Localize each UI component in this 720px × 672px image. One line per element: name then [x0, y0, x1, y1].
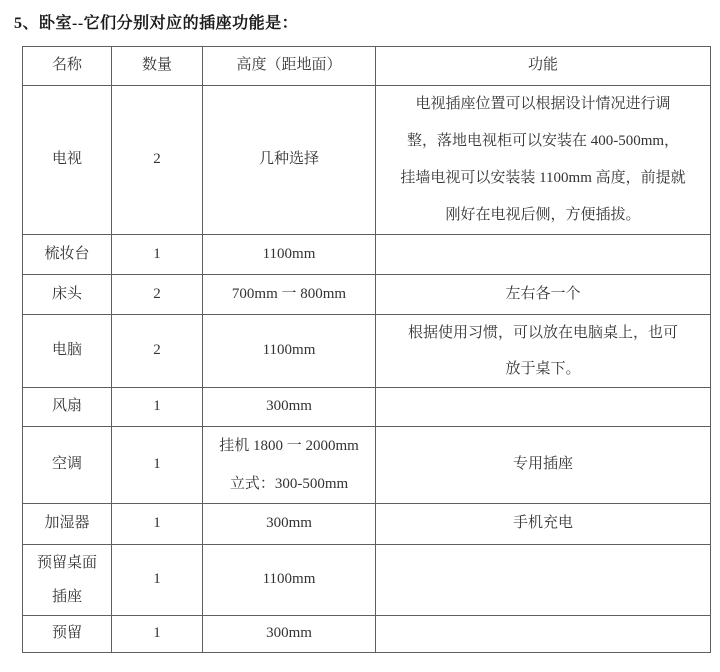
header-cell-qty: 数量: [112, 47, 203, 86]
header-cell-height: 高度（距地面）: [203, 47, 376, 86]
cell-func: 根据使用习惯，可以放在电脑桌上，也可 放于桌下。: [376, 315, 711, 388]
cell-name: 空调: [23, 427, 112, 504]
cell-name: 床头: [23, 275, 112, 315]
cell-height: 300mm: [203, 504, 376, 545]
cell-qty: 2: [112, 86, 203, 235]
table-row-humidifier: 加湿器 1 300mm 手机充电: [23, 504, 711, 545]
cell-qty: 1: [112, 427, 203, 504]
cell-height: 挂机 1800 一 2000mm 立式：300-500mm: [203, 427, 376, 504]
cell-height: 1100mm: [203, 315, 376, 388]
page-title: 5、卧室--它们分别对应的插座功能是：: [14, 10, 298, 33]
table-row-fan: 风扇 1 300mm: [23, 388, 711, 427]
cell-name: 梳妆台: [23, 235, 112, 275]
cell-func: [376, 545, 711, 616]
cell-name: 电视: [23, 86, 112, 235]
cell-qty: 2: [112, 275, 203, 315]
table-row-bedside: 床头 2 700mm 一 800mm 左右各一个: [23, 275, 711, 315]
cell-func: 电视插座位置可以根据设计情况进行调 整，落地电视柜可以安装在 400-500mm…: [376, 86, 711, 235]
table-row-reserved-desktop-socket: 预留桌面 插座 1 1100mm: [23, 545, 711, 616]
cell-qty: 1: [112, 235, 203, 275]
cell-height: 300mm: [203, 616, 376, 653]
cell-height: 700mm 一 800mm: [203, 275, 376, 315]
cell-name: 电脑: [23, 315, 112, 388]
cell-func: 专用插座: [376, 427, 711, 504]
cell-qty: 1: [112, 545, 203, 616]
table-row-reserved: 预留 1 300mm: [23, 616, 711, 653]
cell-func: [376, 616, 711, 653]
cell-qty: 1: [112, 504, 203, 545]
cell-func: [376, 388, 711, 427]
cell-name: 预留桌面 插座: [23, 545, 112, 616]
cell-func: 手机充电: [376, 504, 711, 545]
table-row-dressing-table: 梳妆台 1 1100mm: [23, 235, 711, 275]
cell-height: 几种选择: [203, 86, 376, 235]
socket-function-table: 名称 数量 高度（距地面） 功能 电视 2 几种选择 电视插座位置可以根据设计情…: [22, 46, 711, 653]
table-row-computer: 电脑 2 1100mm 根据使用习惯，可以放在电脑桌上，也可 放于桌下。: [23, 315, 711, 388]
cell-name: 风扇: [23, 388, 112, 427]
document-page: 5、卧室--它们分别对应的插座功能是： 名称 数量 高度（距地面） 功能 电视 …: [0, 0, 720, 672]
cell-qty: 1: [112, 388, 203, 427]
cell-height: 1100mm: [203, 545, 376, 616]
table-row-air-conditioner: 空调 1 挂机 1800 一 2000mm 立式：300-500mm 专用插座: [23, 427, 711, 504]
cell-func: 左右各一个: [376, 275, 711, 315]
cell-name: 预留: [23, 616, 112, 653]
cell-qty: 1: [112, 616, 203, 653]
cell-qty: 2: [112, 315, 203, 388]
table-row-tv: 电视 2 几种选择 电视插座位置可以根据设计情况进行调 整，落地电视柜可以安装在…: [23, 86, 711, 235]
cell-func: [376, 235, 711, 275]
header-cell-name: 名称: [23, 47, 112, 86]
table-header-row: 名称 数量 高度（距地面） 功能: [23, 47, 711, 86]
cell-height: 1100mm: [203, 235, 376, 275]
cell-name: 加湿器: [23, 504, 112, 545]
header-cell-func: 功能: [376, 47, 711, 86]
cell-height: 300mm: [203, 388, 376, 427]
